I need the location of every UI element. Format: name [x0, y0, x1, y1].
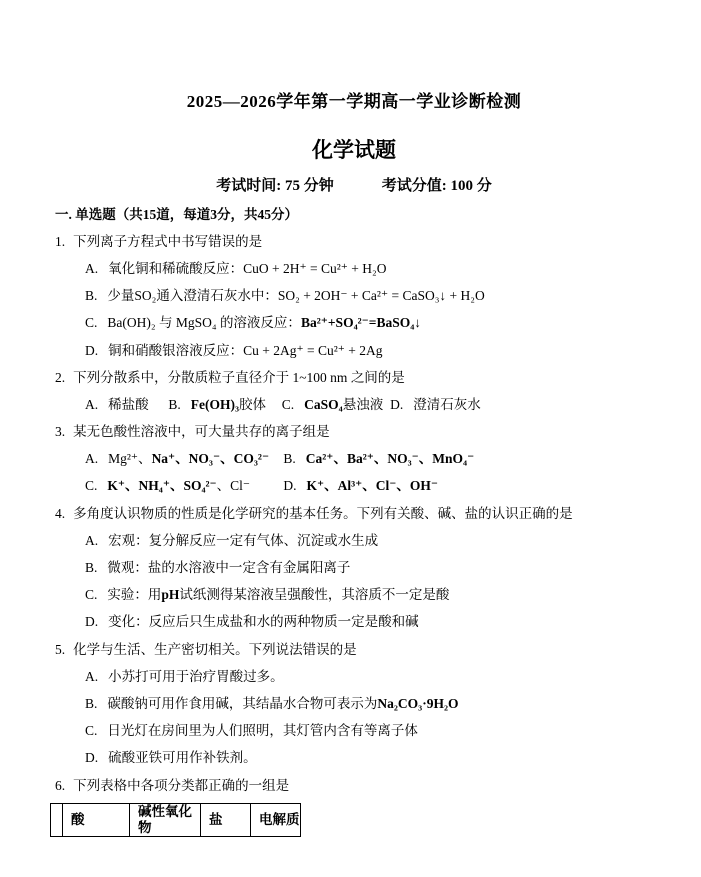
option-label: A. [85, 451, 98, 466]
option-text: 澄清石灰水 [413, 397, 481, 412]
table-cell-acid: 酸 [63, 803, 130, 836]
chem-formula: MgSO₄ [176, 315, 217, 330]
question-2-number: 2. [55, 370, 65, 385]
option-label: A. [85, 397, 98, 412]
chem-formula-bold: CaSO₄ [304, 397, 343, 412]
question-4-option-c: C.实验：用pH试纸测得某溶液呈强酸性，其溶质不一定是酸 [55, 587, 653, 603]
option-text: 悬浊液 [343, 397, 384, 412]
question-6-stem: 6.下列表格中各项分类都正确的一组是 [55, 778, 653, 794]
question-1-option-c: C.Ba(OH)₂ 与 MgSO₄ 的溶液反应：Ba²⁺+SO₄²⁻=BaSO₄… [55, 315, 653, 331]
question-1-number: 1. [55, 234, 65, 249]
option-label: D. [85, 343, 98, 358]
ion-list-bold: K⁺、NH₄⁺、SO₄²⁻ [107, 478, 216, 493]
section-heading: 一. 单选题（共15道，每道3分，共45分） [55, 207, 653, 223]
chem-equation: SO₂ + 2OH⁻ + Ca²⁺ = CaSO₃↓ + H₂O [278, 288, 485, 303]
option-label: D. [390, 397, 403, 412]
option-text: 宏观：复分解反应一定有气体、沉淀或水生成 [108, 533, 378, 548]
question-1-stem: 1.下列离子方程式中书写错误的是 [55, 234, 653, 250]
option-text: 铜和硝酸银溶液反应： [108, 343, 243, 358]
option-label: B. [85, 560, 97, 575]
question-1-option-a: A.氧化铜和稀硫酸反应：CuO + 2H⁺ = Cu²⁺ + H₂O [55, 261, 653, 277]
ph-text-bold: pH [161, 587, 179, 602]
question-5-option-c: C.日光灯在房间里为人们照明，其灯管内含有等离子体 [55, 723, 653, 739]
ion-list-bold: Na⁺、NO₃⁻、CO₃²⁻ [152, 451, 270, 466]
option-label: B. [85, 288, 97, 303]
question-2-option-b: B.Fe(OH)₃胶体 [168, 397, 278, 413]
ion-list: Mg²⁺、 [108, 451, 151, 466]
option-label: C. [85, 723, 97, 738]
question-2-option-d: D.澄清石灰水 [390, 397, 481, 413]
table-cell-blank [51, 803, 63, 836]
question-4-text: 多角度认识物质的性质是化学研究的基本任务。下列有关酸、碱、盐的认识正确的是 [73, 506, 573, 521]
option-text: 日光灯在房间里为人们照明，其灯管内含有等离子体 [107, 723, 418, 738]
question-3-option-d: D.K⁺、Al³⁺、Cl⁻、OH⁻ [283, 478, 438, 494]
table-cell-electrolyte: 电解质 [251, 803, 301, 836]
question-2-text: 下列分散系中，分散质粒子直径介于 [73, 370, 292, 385]
question-3-stem: 3.某无色酸性溶液中，可大量共存的离子组是 [55, 424, 653, 440]
table-header-row: 酸 碱性氧化物 盐 电解质 [51, 803, 301, 836]
table-cell-salt: 盐 [201, 803, 251, 836]
chem-equation: Cu + 2Ag⁺ = Cu²⁺ + 2Ag [243, 343, 382, 358]
ion-list-bold: Ca²⁺、Ba²⁺、NO₃⁻、MnO₄⁻ [306, 451, 474, 466]
exam-title: 2025—2026学年第一学期高一学业诊断检测 [55, 92, 653, 112]
exam-time: 考试时间: 75 分钟 [216, 178, 334, 194]
chem-formula: SO₂ [134, 288, 156, 303]
option-label: B. [168, 397, 180, 412]
option-label: C. [85, 478, 97, 493]
exam-score: 考试分值: 100 分 [382, 178, 492, 194]
question-3-option-b: B.Ca²⁺、Ba²⁺、NO₃⁻、MnO₄⁻ [283, 451, 474, 467]
option-label: A. [85, 261, 98, 276]
size-range: 1~100 nm [293, 370, 348, 385]
option-label: D. [85, 614, 98, 629]
option-label: B. [283, 451, 295, 466]
option-text: 小苏打可用于治疗胃酸过多。 [108, 669, 284, 684]
option-label: C. [282, 397, 294, 412]
question-3-number: 3. [55, 424, 65, 439]
exam-page: 2025—2026学年第一学期高一学业诊断检测 化学试题 考试时间: 75 分钟… [0, 0, 701, 877]
option-text: 实验：用 [107, 587, 161, 602]
classification-table: 酸 碱性氧化物 盐 电解质 [50, 803, 301, 837]
question-6-number: 6. [55, 778, 65, 793]
chem-formula-bold: Na₂CO₃·9H₂O [377, 696, 458, 711]
option-text: 碳酸钠可用作食用碱，其结晶水合物可表示为 [107, 696, 377, 711]
question-2-text-post: 之间的是 [347, 370, 404, 385]
question-1-option-d: D.铜和硝酸银溶液反应：Cu + 2Ag⁺ = Cu²⁺ + 2Ag [55, 343, 653, 359]
question-1-option-b: B.少量SO₂通入澄清石灰水中：SO₂ + 2OH⁻ + Ca²⁺ = CaSO… [55, 288, 653, 304]
exam-info-line: 考试时间: 75 分钟考试分值: 100 分 [55, 177, 653, 195]
question-3-option-c: C.K⁺、NH₄⁺、SO₄²⁻、Cl⁻ [85, 478, 280, 494]
question-4-option-a: A.宏观：复分解反应一定有气体、沉淀或水生成 [55, 533, 653, 549]
option-label: A. [85, 533, 98, 548]
exam-subtitle: 化学试题 [55, 138, 653, 163]
option-label: A. [85, 669, 98, 684]
option-label: D. [85, 750, 98, 765]
question-4-number: 4. [55, 506, 65, 521]
option-text: 微观：盐的水溶液中一定含有金属阳离子 [107, 560, 350, 575]
option-text: 的溶液反应： [217, 315, 301, 330]
question-4-option-b: B.微观：盐的水溶液中一定含有金属阳离子 [55, 560, 653, 576]
question-4-option-d: D.变化：反应后只生成盐和水的两种物质一定是酸和碱 [55, 614, 653, 630]
question-3-text: 某无色酸性溶液中，可大量共存的离子组是 [73, 424, 330, 439]
chem-formula: Ba(OH)₂ [107, 315, 155, 330]
question-3-option-a: A.Mg²⁺、Na⁺、NO₃⁻、CO₃²⁻ [85, 451, 280, 467]
question-2-option-a: A.稀盐酸 [85, 397, 165, 413]
chem-equation-bold: Ba²⁺+SO₄²⁻=BaSO₄↓ [301, 315, 421, 330]
question-2-stem: 2.下列分散系中，分散质粒子直径介于 1~100 nm 之间的是 [55, 370, 653, 386]
option-text: 胶体 [239, 397, 266, 412]
option-label: B. [85, 696, 97, 711]
question-5-number: 5. [55, 642, 65, 657]
option-text: 硫酸亚铁可用作补铁剂。 [108, 750, 257, 765]
option-label: C. [85, 315, 97, 330]
question-3-options-row-2: C.K⁺、NH₄⁺、SO₄²⁻、Cl⁻ D.K⁺、Al³⁺、Cl⁻、OH⁻ [55, 478, 653, 494]
option-text: 变化：反应后只生成盐和水的两种物质一定是酸和碱 [108, 614, 419, 629]
ion-list-bold: K⁺、Al³⁺、Cl⁻、OH⁻ [307, 478, 439, 493]
question-3-options-row-1: A.Mg²⁺、Na⁺、NO₃⁻、CO₃²⁻ B.Ca²⁺、Ba²⁺、NO₃⁻、M… [55, 451, 653, 467]
question-5-option-d: D.硫酸亚铁可用作补铁剂。 [55, 750, 653, 766]
option-text: 稀盐酸 [108, 397, 149, 412]
question-5-option-a: A.小苏打可用于治疗胃酸过多。 [55, 669, 653, 685]
option-text: 氧化铜和稀硫酸反应： [108, 261, 243, 276]
chem-formula-bold: Fe(OH)₃ [191, 397, 239, 412]
option-text: 少量 [107, 288, 134, 303]
table-cell-basic-oxide: 碱性氧化物 [130, 803, 201, 836]
option-text: 与 [156, 315, 176, 330]
question-5-option-b: B.碳酸钠可用作食用碱，其结晶水合物可表示为Na₂CO₃·9H₂O [55, 696, 653, 712]
option-text: 通入澄清石灰水中： [156, 288, 278, 303]
question-2-option-c: C.CaSO₄悬浊液 [282, 397, 387, 413]
question-1-text: 下列离子方程式中书写错误的是 [73, 234, 262, 249]
ion-list: 、Cl⁻ [217, 478, 250, 493]
question-4-stem: 4.多角度认识物质的性质是化学研究的基本任务。下列有关酸、碱、盐的认识正确的是 [55, 506, 653, 522]
question-5-stem: 5.化学与生活、生产密切相关。下列说法错误的是 [55, 642, 653, 658]
chem-equation: CuO + 2H⁺ = Cu²⁺ + H₂O [243, 261, 386, 276]
question-5-text: 化学与生活、生产密切相关。下列说法错误的是 [73, 642, 357, 657]
option-label: D. [283, 478, 296, 493]
option-label: C. [85, 587, 97, 602]
question-2-options: A.稀盐酸 B.Fe(OH)₃胶体 C.CaSO₄悬浊液 D.澄清石灰水 [55, 397, 653, 413]
question-6-text: 下列表格中各项分类都正确的一组是 [73, 778, 289, 793]
option-text: 试纸测得某溶液呈强酸性，其溶质不一定是酸 [179, 587, 449, 602]
